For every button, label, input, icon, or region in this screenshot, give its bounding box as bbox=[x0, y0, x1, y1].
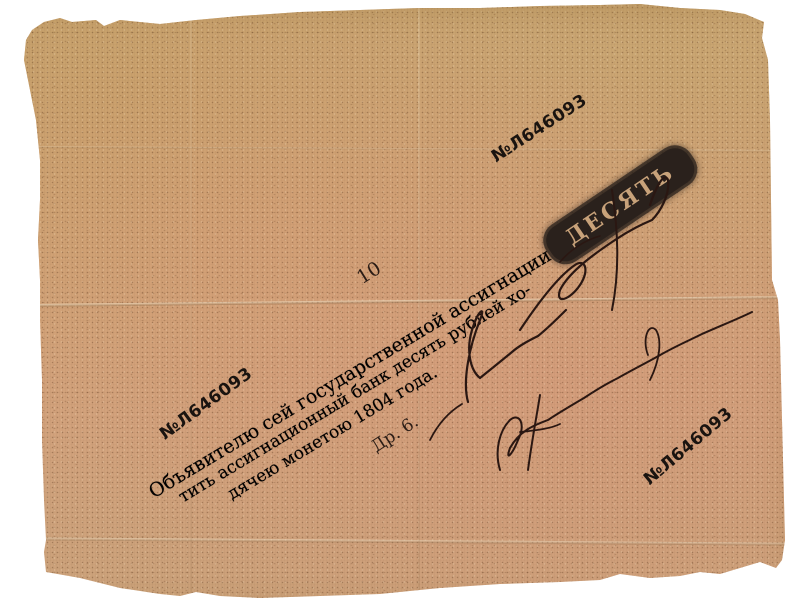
paper-edge-shading bbox=[0, 0, 800, 616]
scan-canvas: Объявителю сей государственной ассигнаци… bbox=[0, 0, 800, 616]
banknote-paper: Объявителю сей государственной ассигнаци… bbox=[0, 0, 800, 616]
